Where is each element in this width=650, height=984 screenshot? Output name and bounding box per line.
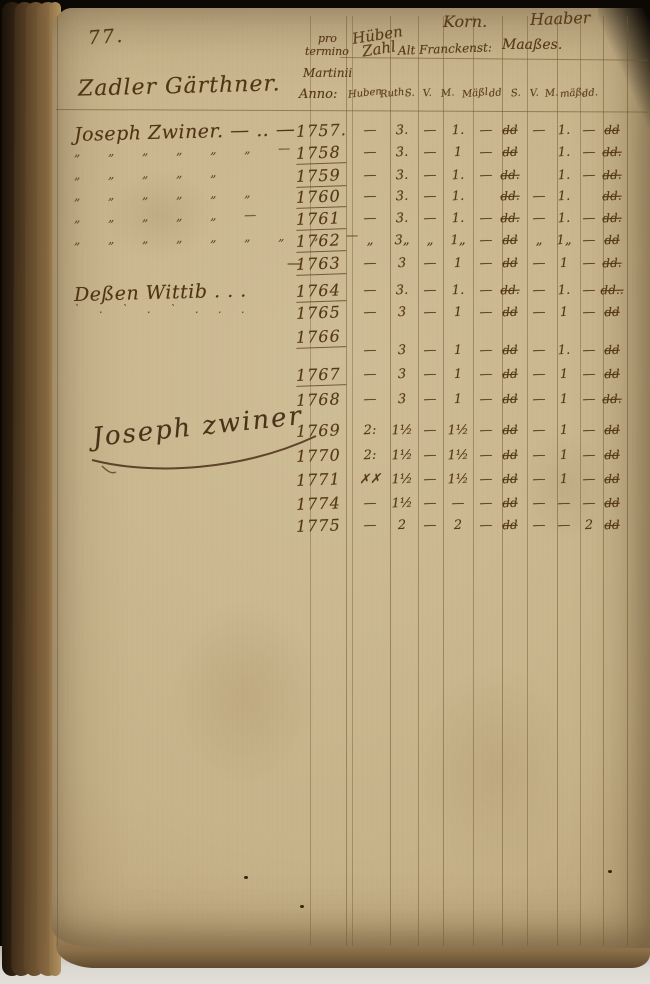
- header-haaber: Haaber: [530, 8, 591, 29]
- value-cell: —: [355, 122, 386, 138]
- value-cell: —: [355, 210, 386, 226]
- value-cell: „: [415, 232, 446, 248]
- value-cell: —: [415, 495, 446, 511]
- value-cell: 1: [443, 304, 474, 320]
- value-cell: —: [355, 391, 386, 407]
- signature-flourish: [84, 430, 324, 476]
- year-cell: 1758: [296, 142, 347, 165]
- value-cell: —: [415, 391, 446, 407]
- column-subheader: dd.: [581, 87, 598, 100]
- value-cell: 1: [443, 391, 474, 407]
- value-cell: dd: [597, 495, 627, 510]
- value-cell: —: [415, 447, 446, 463]
- header-maasses: Maaßes.: [502, 37, 562, 53]
- value-cell: —: [355, 144, 386, 160]
- value-cell: —: [415, 366, 446, 382]
- value-cell: dd: [495, 255, 525, 270]
- value-cell: dd: [495, 471, 525, 486]
- year-cell: 1760: [296, 186, 347, 209]
- ink-speck: [608, 870, 612, 873]
- value-cell: 1„: [443, 232, 474, 248]
- value-cell: —: [415, 304, 446, 320]
- value-cell: dd..: [597, 282, 627, 297]
- header-pro: pro: [318, 32, 337, 45]
- value-cell: 3: [387, 391, 418, 407]
- value-cell: dd: [597, 366, 627, 381]
- value-cell: dd: [495, 517, 525, 532]
- value-cell: 3.: [387, 210, 418, 226]
- column-subheader: S.: [510, 88, 521, 100]
- value-cell: dd: [495, 447, 525, 462]
- column-subheader: V.: [422, 88, 432, 100]
- value-cell: dd.: [597, 255, 627, 270]
- value-cell: —: [355, 167, 386, 183]
- value-cell: dd: [495, 232, 525, 247]
- value-cell: 1: [443, 366, 474, 382]
- value-cell: 2: [443, 517, 474, 533]
- value-cell: dd: [597, 517, 627, 532]
- value-cell: 1.: [443, 188, 474, 204]
- value-cell: „: [355, 232, 386, 248]
- value-cell: dd.: [495, 210, 525, 225]
- value-cell: 3: [387, 342, 418, 358]
- value-cell: 1: [443, 255, 474, 271]
- column-subheader: M.: [440, 87, 454, 99]
- header-korn: Korn.: [443, 12, 487, 31]
- value-cell: 1½: [387, 495, 418, 511]
- value-cell: 3.: [387, 144, 418, 160]
- value-cell: —: [415, 282, 446, 298]
- year-cell: 1765: [296, 302, 347, 323]
- value-cell: —: [415, 188, 446, 204]
- value-cell: 1: [443, 342, 474, 358]
- value-cell: dd: [495, 144, 525, 159]
- column-rule: [57, 16, 58, 946]
- column-subheader: S.: [404, 88, 415, 100]
- name-cell: ` . ` . ` . . .: [74, 303, 302, 316]
- value-cell: dd.: [597, 144, 627, 159]
- value-cell: —: [415, 144, 446, 160]
- value-cell: 1.: [549, 188, 580, 204]
- value-cell: dd: [597, 471, 627, 486]
- header-anno: Anno:: [299, 87, 337, 102]
- folio-number: 77.: [87, 25, 125, 49]
- value-cell: 3: [387, 304, 418, 320]
- value-cell: dd.: [597, 167, 627, 182]
- value-cell: —: [415, 422, 446, 438]
- year-cell: 1768: [296, 389, 347, 410]
- year-cell: 1775: [296, 515, 347, 536]
- value-cell: 3„: [387, 232, 418, 248]
- value-cell: —: [355, 495, 386, 511]
- value-cell: dd: [597, 447, 627, 462]
- value-cell: —: [415, 342, 446, 358]
- value-cell: dd: [597, 422, 627, 437]
- value-cell: —: [355, 282, 386, 298]
- column-subheader: dd: [488, 87, 502, 99]
- value-cell: dd.: [597, 210, 627, 225]
- value-cell: —: [415, 517, 446, 533]
- year-cell: 1757.: [296, 120, 347, 141]
- value-cell: 1½: [443, 447, 474, 463]
- value-cell: —: [415, 255, 446, 271]
- value-cell: —: [443, 495, 474, 511]
- value-cell: dd: [597, 342, 627, 357]
- value-cell: 1½: [443, 422, 474, 438]
- value-cell: 1.: [443, 282, 474, 298]
- value-cell: —: [355, 366, 386, 382]
- value-cell: —: [355, 304, 386, 320]
- value-cell: 3: [387, 366, 418, 382]
- value-cell: 1½: [443, 471, 474, 487]
- value-cell: 3.: [387, 167, 418, 183]
- year-cell: 1766: [296, 326, 347, 349]
- value-cell: 1.: [443, 210, 474, 226]
- value-cell: 3.: [387, 188, 418, 204]
- value-cell: —: [415, 471, 446, 487]
- column-rule: [352, 16, 353, 946]
- value-cell: dd.: [495, 167, 525, 182]
- value-cell: 1½: [387, 447, 418, 463]
- column-rule: [346, 16, 347, 946]
- value-cell: dd.: [597, 391, 627, 406]
- value-cell: dd: [597, 122, 627, 137]
- header-martini: Martinii: [303, 66, 352, 80]
- value-cell: 2:: [355, 447, 386, 463]
- value-cell: dd: [495, 342, 525, 357]
- year-cell: 1767: [296, 364, 347, 387]
- ink-speck: [300, 905, 304, 908]
- value-cell: dd.: [495, 188, 525, 203]
- value-cell: dd.: [597, 188, 627, 203]
- value-cell: —: [355, 255, 386, 271]
- section-heading: Zadler Gärthner.: [78, 71, 281, 101]
- value-cell: 3: [387, 255, 418, 271]
- value-cell: 3.: [387, 282, 418, 298]
- column-rule: [44, 16, 45, 946]
- value-cell: dd: [597, 304, 627, 319]
- value-cell: 1.: [443, 122, 474, 138]
- year-cell: 1759: [296, 165, 347, 188]
- value-cell: —: [355, 517, 386, 533]
- name-cell: —: [74, 254, 306, 272]
- value-cell: 1: [443, 144, 474, 160]
- value-cell: —: [355, 342, 386, 358]
- value-cell: 2:: [355, 422, 386, 438]
- year-cell: 1774: [296, 493, 347, 514]
- value-cell: dd: [495, 391, 525, 406]
- value-cell: —: [415, 167, 446, 183]
- value-cell: ✗✗: [355, 471, 386, 487]
- value-cell: 2: [387, 517, 418, 533]
- value-cell: dd: [495, 422, 525, 437]
- value-cell: dd: [495, 122, 525, 137]
- value-cell: dd: [495, 366, 525, 381]
- value-cell: dd: [495, 304, 525, 319]
- ink-speck: [244, 876, 248, 879]
- value-cell: dd: [597, 232, 627, 247]
- value-cell: dd.: [495, 282, 525, 297]
- column-subheader: V.: [529, 88, 539, 100]
- value-cell: —: [415, 122, 446, 138]
- value-cell: 1½: [387, 471, 418, 487]
- value-cell: —: [355, 188, 386, 204]
- value-cell: 1½: [387, 422, 418, 438]
- year-cell: 1764: [296, 280, 347, 303]
- column-subheader: M.: [544, 87, 558, 99]
- header-termino: termino: [305, 45, 349, 58]
- value-cell: —: [415, 210, 446, 226]
- value-cell: 1.: [443, 167, 474, 183]
- value-cell: 3.: [387, 122, 418, 138]
- value-cell: dd: [495, 495, 525, 510]
